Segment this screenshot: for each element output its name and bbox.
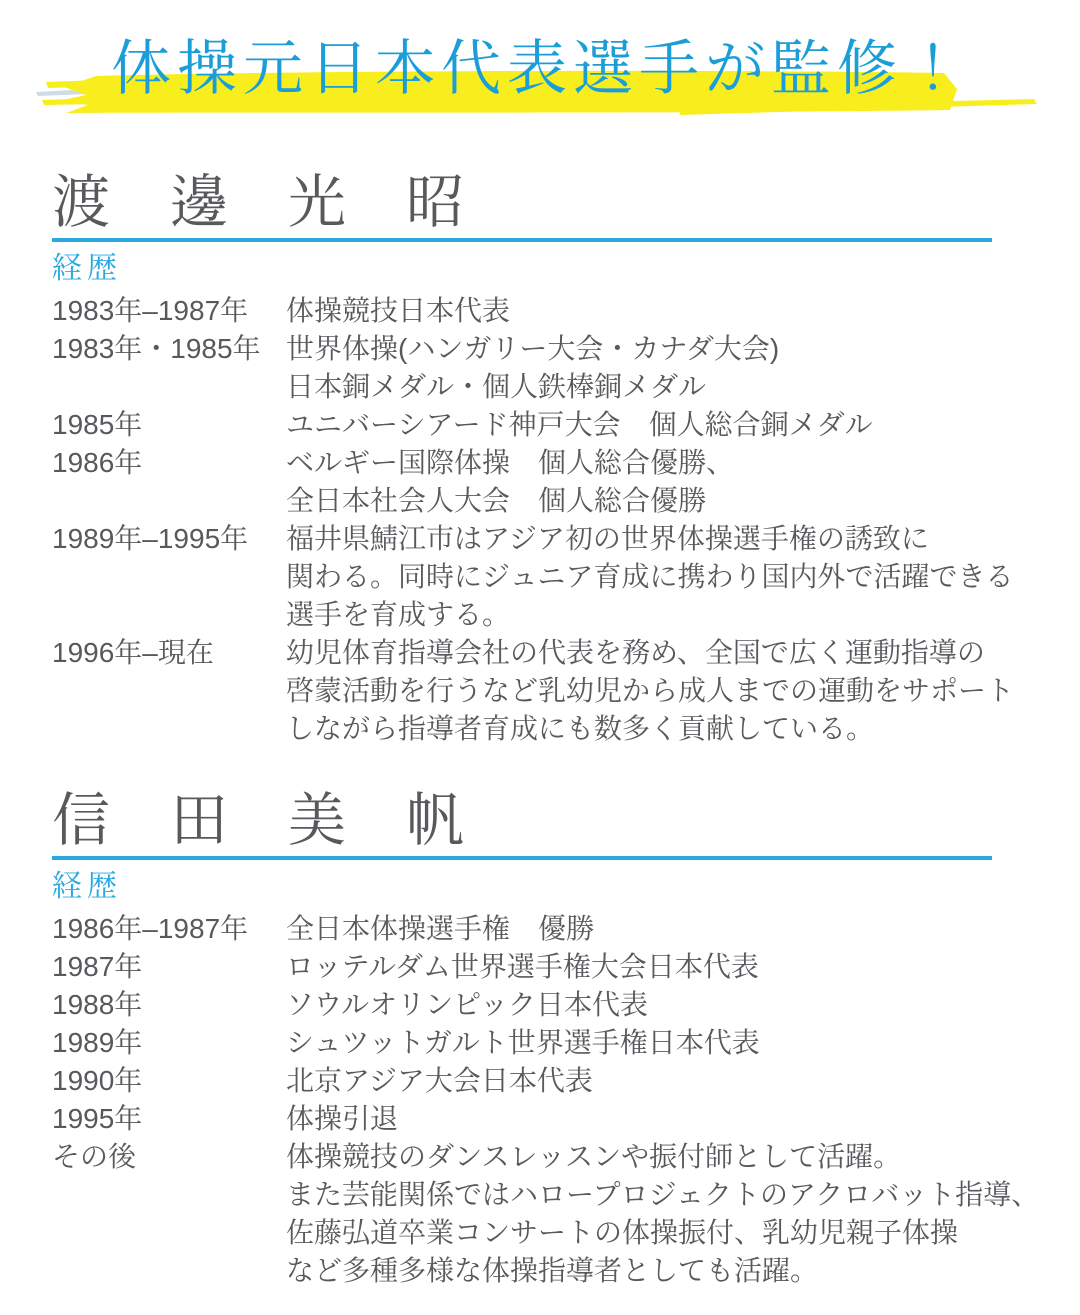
header-banner: 体操元日本代表選手が監修！ <box>0 0 1080 140</box>
career-description: 体操引退 <box>286 1100 992 1138</box>
career-description-line: また芸能関係ではハロープロジェクトのアクロバット指導、 <box>286 1176 1039 1214</box>
career-list: 1986年–1987年 全日本体操選手権 優勝 1987年 ロッテルダム世界選手… <box>52 910 992 1290</box>
career-entry: 1983年・1985年 世界体操(ハンガリー大会・カナダ大会)日本銅メダル・個人… <box>52 330 992 406</box>
career-period: 1986年–1987年 <box>52 910 286 948</box>
career-entry: 1989年 シュツットガルト世界選手権日本代表 <box>52 1024 992 1062</box>
profile-section-shida: 信田美帆 経歴 1986年–1987年 全日本体操選手権 優勝 1987年 ロッ… <box>52 792 992 1290</box>
career-description: 福井県鯖江市はアジア初の世界体操選手権の誘致に関わる。同時にジュニア育成に携わり… <box>286 520 1013 634</box>
career-description: 全日本体操選手権 優勝 <box>286 910 992 948</box>
page-title: 体操元日本代表選手が監修！ <box>0 0 1080 102</box>
career-entry: 1985年 ユニバーシアード神戸大会 個人総合銅メダル <box>52 406 992 444</box>
profile-section-watanabe: 渡邊光昭 経歴 1983年–1987年 体操競技日本代表 1983年・1985年… <box>52 174 992 748</box>
career-description-line: 福井県鯖江市はアジア初の世界体操選手権の誘致に <box>286 520 1013 558</box>
career-entry: その後 体操競技のダンスレッスンや振付師として活躍。また芸能関係ではハロープロジ… <box>52 1138 992 1290</box>
career-description-line: 体操競技のダンスレッスンや振付師として活躍。 <box>286 1138 1039 1176</box>
career-entry: 1989年–1995年 福井県鯖江市はアジア初の世界体操選手権の誘致に関わる。同… <box>52 520 992 634</box>
career-description-line: しながら指導者育成にも数多く貢献している。 <box>286 710 1014 748</box>
career-period: 1985年 <box>52 406 286 444</box>
career-description-line: 体操引退 <box>286 1100 992 1138</box>
career-list: 1983年–1987年 体操競技日本代表 1983年・1985年 世界体操(ハン… <box>52 292 992 748</box>
person-name: 信田美帆 <box>52 792 992 860</box>
career-entry: 1986年–1987年 全日本体操選手権 優勝 <box>52 910 992 948</box>
career-period: 1986年 <box>52 444 286 520</box>
career-description-line: ソウルオリンピック日本代表 <box>286 986 992 1024</box>
career-description-line: 啓蒙活動を行うなど乳幼児から成人までの運動をサポート <box>286 672 1014 710</box>
career-description-line: 全日本体操選手権 優勝 <box>286 910 992 948</box>
career-description: ベルギー国際体操 個人総合優勝、全日本社会人大会 個人総合優勝 <box>286 444 992 520</box>
career-period: 1989年 <box>52 1024 286 1062</box>
career-entry: 1983年–1987年 体操競技日本代表 <box>52 292 992 330</box>
career-description-line: 全日本社会人大会 個人総合優勝 <box>286 482 992 520</box>
career-period: 1983年・1985年 <box>52 330 286 406</box>
person-name: 渡邊光昭 <box>52 174 992 242</box>
career-description-line: 体操競技日本代表 <box>286 292 992 330</box>
career-description: 北京アジア大会日本代表 <box>286 1062 992 1100</box>
career-description: シュツットガルト世界選手権日本代表 <box>286 1024 992 1062</box>
career-period: 1990年 <box>52 1062 286 1100</box>
career-description-line: など多種多様な体操指導者としても活躍。 <box>286 1252 1039 1290</box>
career-description: 体操競技のダンスレッスンや振付師として活躍。また芸能関係ではハロープロジェクトの… <box>286 1138 1039 1290</box>
career-description: 体操競技日本代表 <box>286 292 992 330</box>
career-description: ロッテルダム世界選手権大会日本代表 <box>286 948 992 986</box>
career-period: 1989年–1995年 <box>52 520 286 634</box>
career-entry: 1988年 ソウルオリンピック日本代表 <box>52 986 992 1024</box>
career-description-line: 世界体操(ハンガリー大会・カナダ大会) <box>286 330 992 368</box>
career-description: ユニバーシアード神戸大会 個人総合銅メダル <box>286 406 992 444</box>
career-entry: 1987年 ロッテルダム世界選手権大会日本代表 <box>52 948 992 986</box>
career-description-line: ベルギー国際体操 個人総合優勝、 <box>286 444 992 482</box>
career-description-line: 北京アジア大会日本代表 <box>286 1062 992 1100</box>
career-description-line: 選手を育成する。 <box>286 596 1013 634</box>
career-description-line: 幼児体育指導会社の代表を務め、全国で広く運動指導の <box>286 634 1014 672</box>
career-description-line: 関わる。同時にジュニア育成に携わり国内外で活躍できる <box>286 558 1013 596</box>
career-description-line: 日本銅メダル・個人鉄棒銅メダル <box>286 368 992 406</box>
career-description: 世界体操(ハンガリー大会・カナダ大会)日本銅メダル・個人鉄棒銅メダル <box>286 330 992 406</box>
career-period: 1995年 <box>52 1100 286 1138</box>
career-period: その後 <box>52 1138 286 1290</box>
page: 体操元日本代表選手が監修！ 渡邊光昭 経歴 1983年–1987年 体操競技日本… <box>0 0 1080 1315</box>
career-label: 経歴 <box>52 252 992 286</box>
career-period: 1983年–1987年 <box>52 292 286 330</box>
career-label: 経歴 <box>52 870 992 904</box>
career-entry: 1990年 北京アジア大会日本代表 <box>52 1062 992 1100</box>
career-entry: 1986年 ベルギー国際体操 個人総合優勝、全日本社会人大会 個人総合優勝 <box>52 444 992 520</box>
career-period: 1988年 <box>52 986 286 1024</box>
career-description: ソウルオリンピック日本代表 <box>286 986 992 1024</box>
career-description-line: シュツットガルト世界選手権日本代表 <box>286 1024 992 1062</box>
career-description-line: ロッテルダム世界選手権大会日本代表 <box>286 948 992 986</box>
career-entry: 1996年–現在 幼児体育指導会社の代表を務め、全国で広く運動指導の啓蒙活動を行… <box>52 634 992 748</box>
career-period: 1987年 <box>52 948 286 986</box>
career-description-line: 佐藤弘道卒業コンサートの体操振付、乳幼児親子体操 <box>286 1214 1039 1252</box>
career-description-line: ユニバーシアード神戸大会 個人総合銅メダル <box>286 406 992 444</box>
career-period: 1996年–現在 <box>52 634 286 748</box>
career-entry: 1995年 体操引退 <box>52 1100 992 1138</box>
career-description: 幼児体育指導会社の代表を務め、全国で広く運動指導の啓蒙活動を行うなど乳幼児から成… <box>286 634 1014 748</box>
